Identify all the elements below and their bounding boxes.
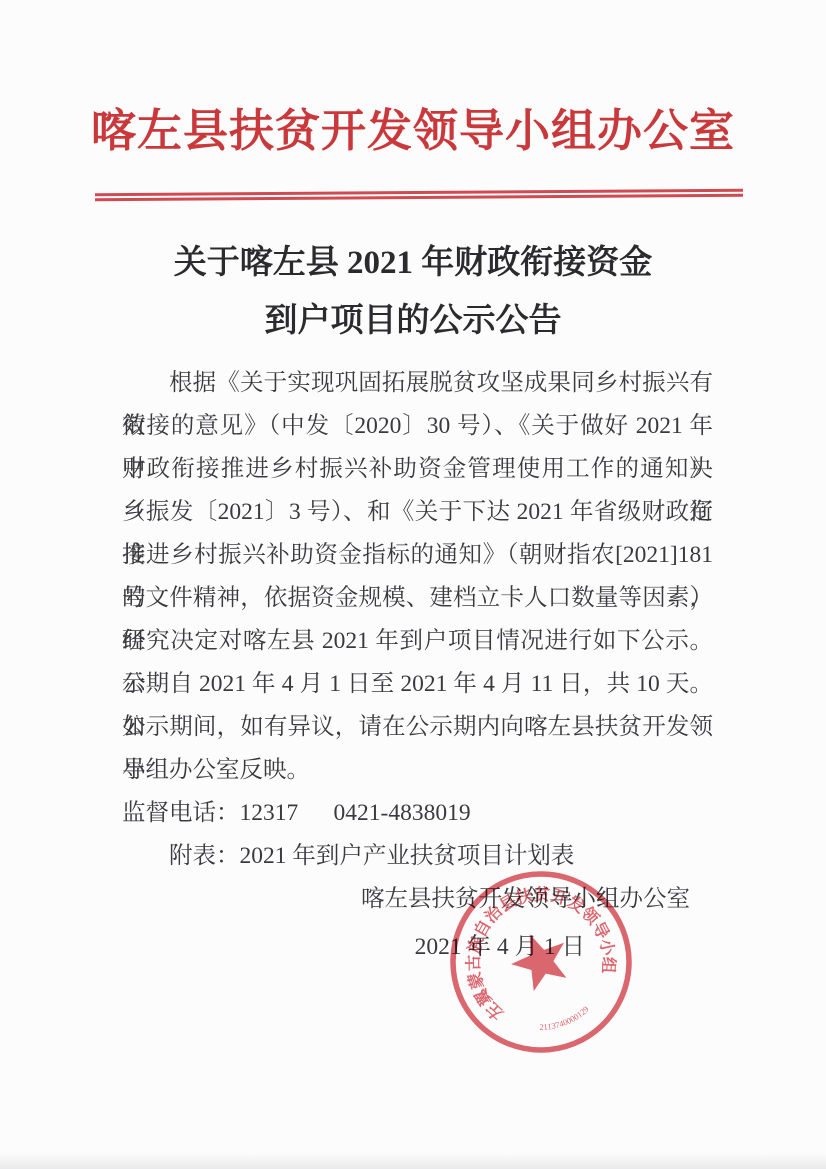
body-paragraphs: 根据《关于实现巩固拓展脱贫攻坚成果同乡村振兴有效衔接的意见》（中发〔2020〕3… xyxy=(122,362,713,878)
signature-org: 喀左县扶贫开发领导小组办公室 xyxy=(122,878,713,921)
body-line: 财政衔接推进乡村振兴补助资金管理使用工作的通知》（辽 xyxy=(122,448,713,491)
body-line: 示期自 2021 年 4 月 1 日至 2021 年 4 月 11 日，共 10… xyxy=(122,663,713,706)
seal-serial-number: 2113740000129 xyxy=(536,1003,593,1038)
document-body: 根据《关于实现巩固拓展脱贫攻坚成果同乡村振兴有效衔接的意见》（中发〔2020〕3… xyxy=(122,362,713,969)
body-line: 的文件精神，依据资金规模、建档立卡人口数量等因素，经 xyxy=(122,577,713,620)
svg-text:2113740000129: 2113740000129 xyxy=(536,1003,593,1038)
document-title-line2: 到户项目的公示公告 xyxy=(0,292,826,350)
body-line: 衔接的意见》（中发〔2020〕30 号）、《关于做好 2021 年中央 xyxy=(122,405,713,448)
body-line: 小组办公室反映。 xyxy=(122,749,713,792)
body-line: 推进乡村振兴补助资金指标的通知》（朝财指农[2021]181 号） xyxy=(122,534,713,577)
document-title: 关于喀左县 2021 年财政衔接资金 到户项目的公示公告 xyxy=(0,234,826,350)
body-line: 根据《关于实现巩固拓展脱贫攻坚成果同乡村振兴有效 xyxy=(122,362,713,405)
body-line: 公示期间，如有异议，请在公示期内向喀左县扶贫开发领导 xyxy=(122,706,713,749)
body-line: 附表：2021 年到户产业扶贫项目计划表 xyxy=(122,835,713,878)
document-page: 喀左县扶贫开发领导小组办公室 关于喀左县 2021 年财政衔接资金 到户项目的公… xyxy=(0,0,826,1169)
body-line: 研究决定对喀左县 2021 年到户项目情况进行如下公示。公 xyxy=(122,620,713,663)
document-title-line1: 关于喀左县 2021 年财政衔接资金 xyxy=(0,234,826,292)
signature-date: 2021 年 4 月 1 日 xyxy=(122,926,713,969)
body-line: 乡振发〔2021〕3 号）、和《关于下达 2021 年省级财政衔接 xyxy=(122,491,713,534)
letterhead-divider xyxy=(95,189,743,202)
letterhead-title: 喀左县扶贫开发领导小组办公室 xyxy=(0,96,826,166)
body-line: 监督电话：12317 0421-4838019 xyxy=(122,792,713,835)
